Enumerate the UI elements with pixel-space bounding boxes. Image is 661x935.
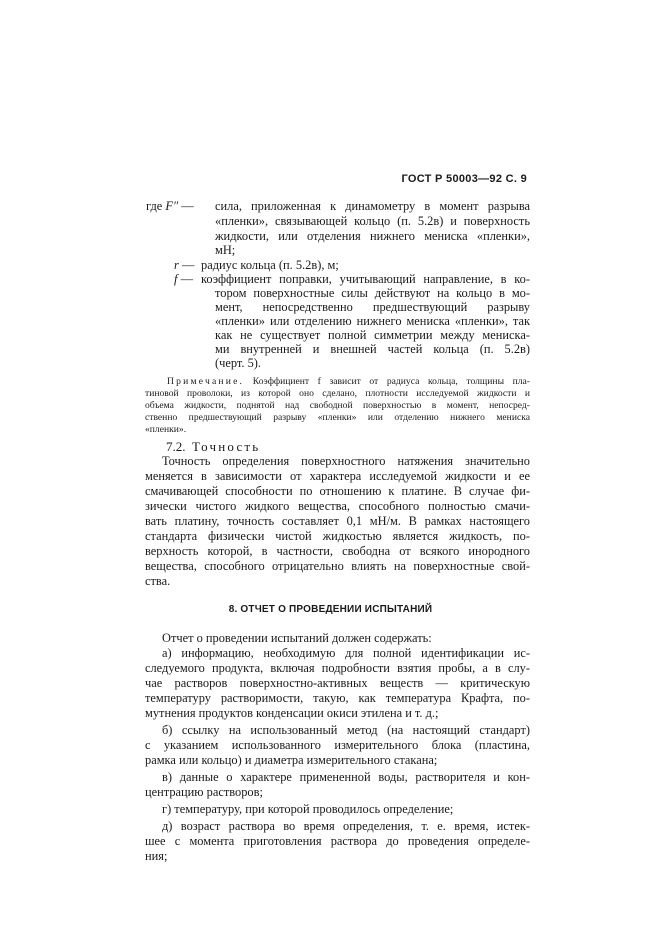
list-item-line: б) ссылку на использованный метод (на на… [162,723,530,738]
paragraph-line: Отчет о проведении испытаний должен соде… [162,631,432,646]
note-line: ственно предшествующий разрыву «пленки» … [145,412,530,424]
paragraph-line: зически чистого жидкого вещества, способ… [145,499,530,514]
running-header: ГОСТ Р 50003—92 С. 9 [401,173,527,185]
paragraph-line: меняется в зависимости от характера иссл… [145,469,530,484]
list-item-line: мутнения продуктов конденсации окиси эти… [145,706,438,721]
paragraph-line: верхность которой, в частности, свободна… [145,544,530,559]
definition-line: радиус кольца (п. 5.2в), м; [201,258,339,273]
list-item-line: температуру растворимости, такую, как те… [145,691,530,706]
definition-line: «пленки» или отделению нижнего мениска «… [215,314,530,329]
note-line: объема жидкости, поднятой над свободной … [145,400,530,412]
list-item-line: следуемого продукта, включая подробности… [145,661,530,676]
note-line: Примечание. Коэффициент f зависит от рад… [167,376,530,388]
list-item-line: центрацию растворов; [145,785,263,800]
note-line: тиновой проволоки, из которой оно сделан… [145,388,530,400]
definition-line: мент, непосредственно предшествующий раз… [215,300,530,315]
definition-line: (черт. 5). [215,356,261,371]
section-heading: 8. ОТЧЕТ О ПРОВЕДЕНИИ ИСПЫТАНИЙ [0,604,661,615]
definition-line: ми внутренней и внешней частей кольца (п… [215,342,530,357]
definition-line: как не существует полной симметрии между… [215,328,530,343]
definition-line: сила, приложенная к динамометру в момент… [215,199,530,214]
list-item-line: рамка или кольцо) и диаметра измерительн… [145,753,437,768]
definition-intro: где F″ — [146,199,194,214]
definition-line: тором поверхностные силы действуют на ко… [215,286,530,301]
paragraph-line: стандарта физически чистой жидкостью явл… [145,529,530,544]
paragraph-line: ства. [145,574,170,589]
note-line: «пленки». [145,424,186,436]
list-item-line: в) данные о характере примененной воды, … [162,770,530,785]
definition-line: коэффициент поправки, учитывающий направ… [201,272,530,287]
definition-symbol-f: f — [174,272,193,287]
paragraph-line: вещества, способного отрицательно влиять… [145,559,530,574]
list-item-line: ния; [145,849,167,864]
note-label: Примечание. [167,376,244,387]
paragraph-line: вать платину, точность составляет 0,1 мН… [145,514,530,529]
document-page: ГОСТ Р 50003—92 С. 9 где F″ — сила, прил… [0,0,661,935]
list-item-line: чае растворов поверхностно-активных веще… [145,676,530,691]
list-item-line: д) возраст раствора во время определения… [162,819,530,834]
definition-line: «пленки», связывающей кольцо (п. 5.2в) и… [215,214,530,229]
list-item-line: шее с момента приготовления раствора до … [145,834,530,849]
list-item-line: а) информацию, необходимую для полной ид… [162,646,530,661]
list-item-line: г) температуру, при которой проводилось … [162,802,453,817]
section-heading: 7.2. Точность [166,439,260,454]
definition-line: мН; [215,243,235,258]
definition-symbol-r: r — [174,258,194,273]
paragraph-line: Точность определения поверхностного натя… [162,454,530,469]
definition-line: жидкости, или отделения нижнего мениска … [215,229,530,244]
paragraph-line: смачивающей способности по отношению к п… [145,484,530,499]
list-item-line: с указанием использованного измерительно… [145,738,530,753]
